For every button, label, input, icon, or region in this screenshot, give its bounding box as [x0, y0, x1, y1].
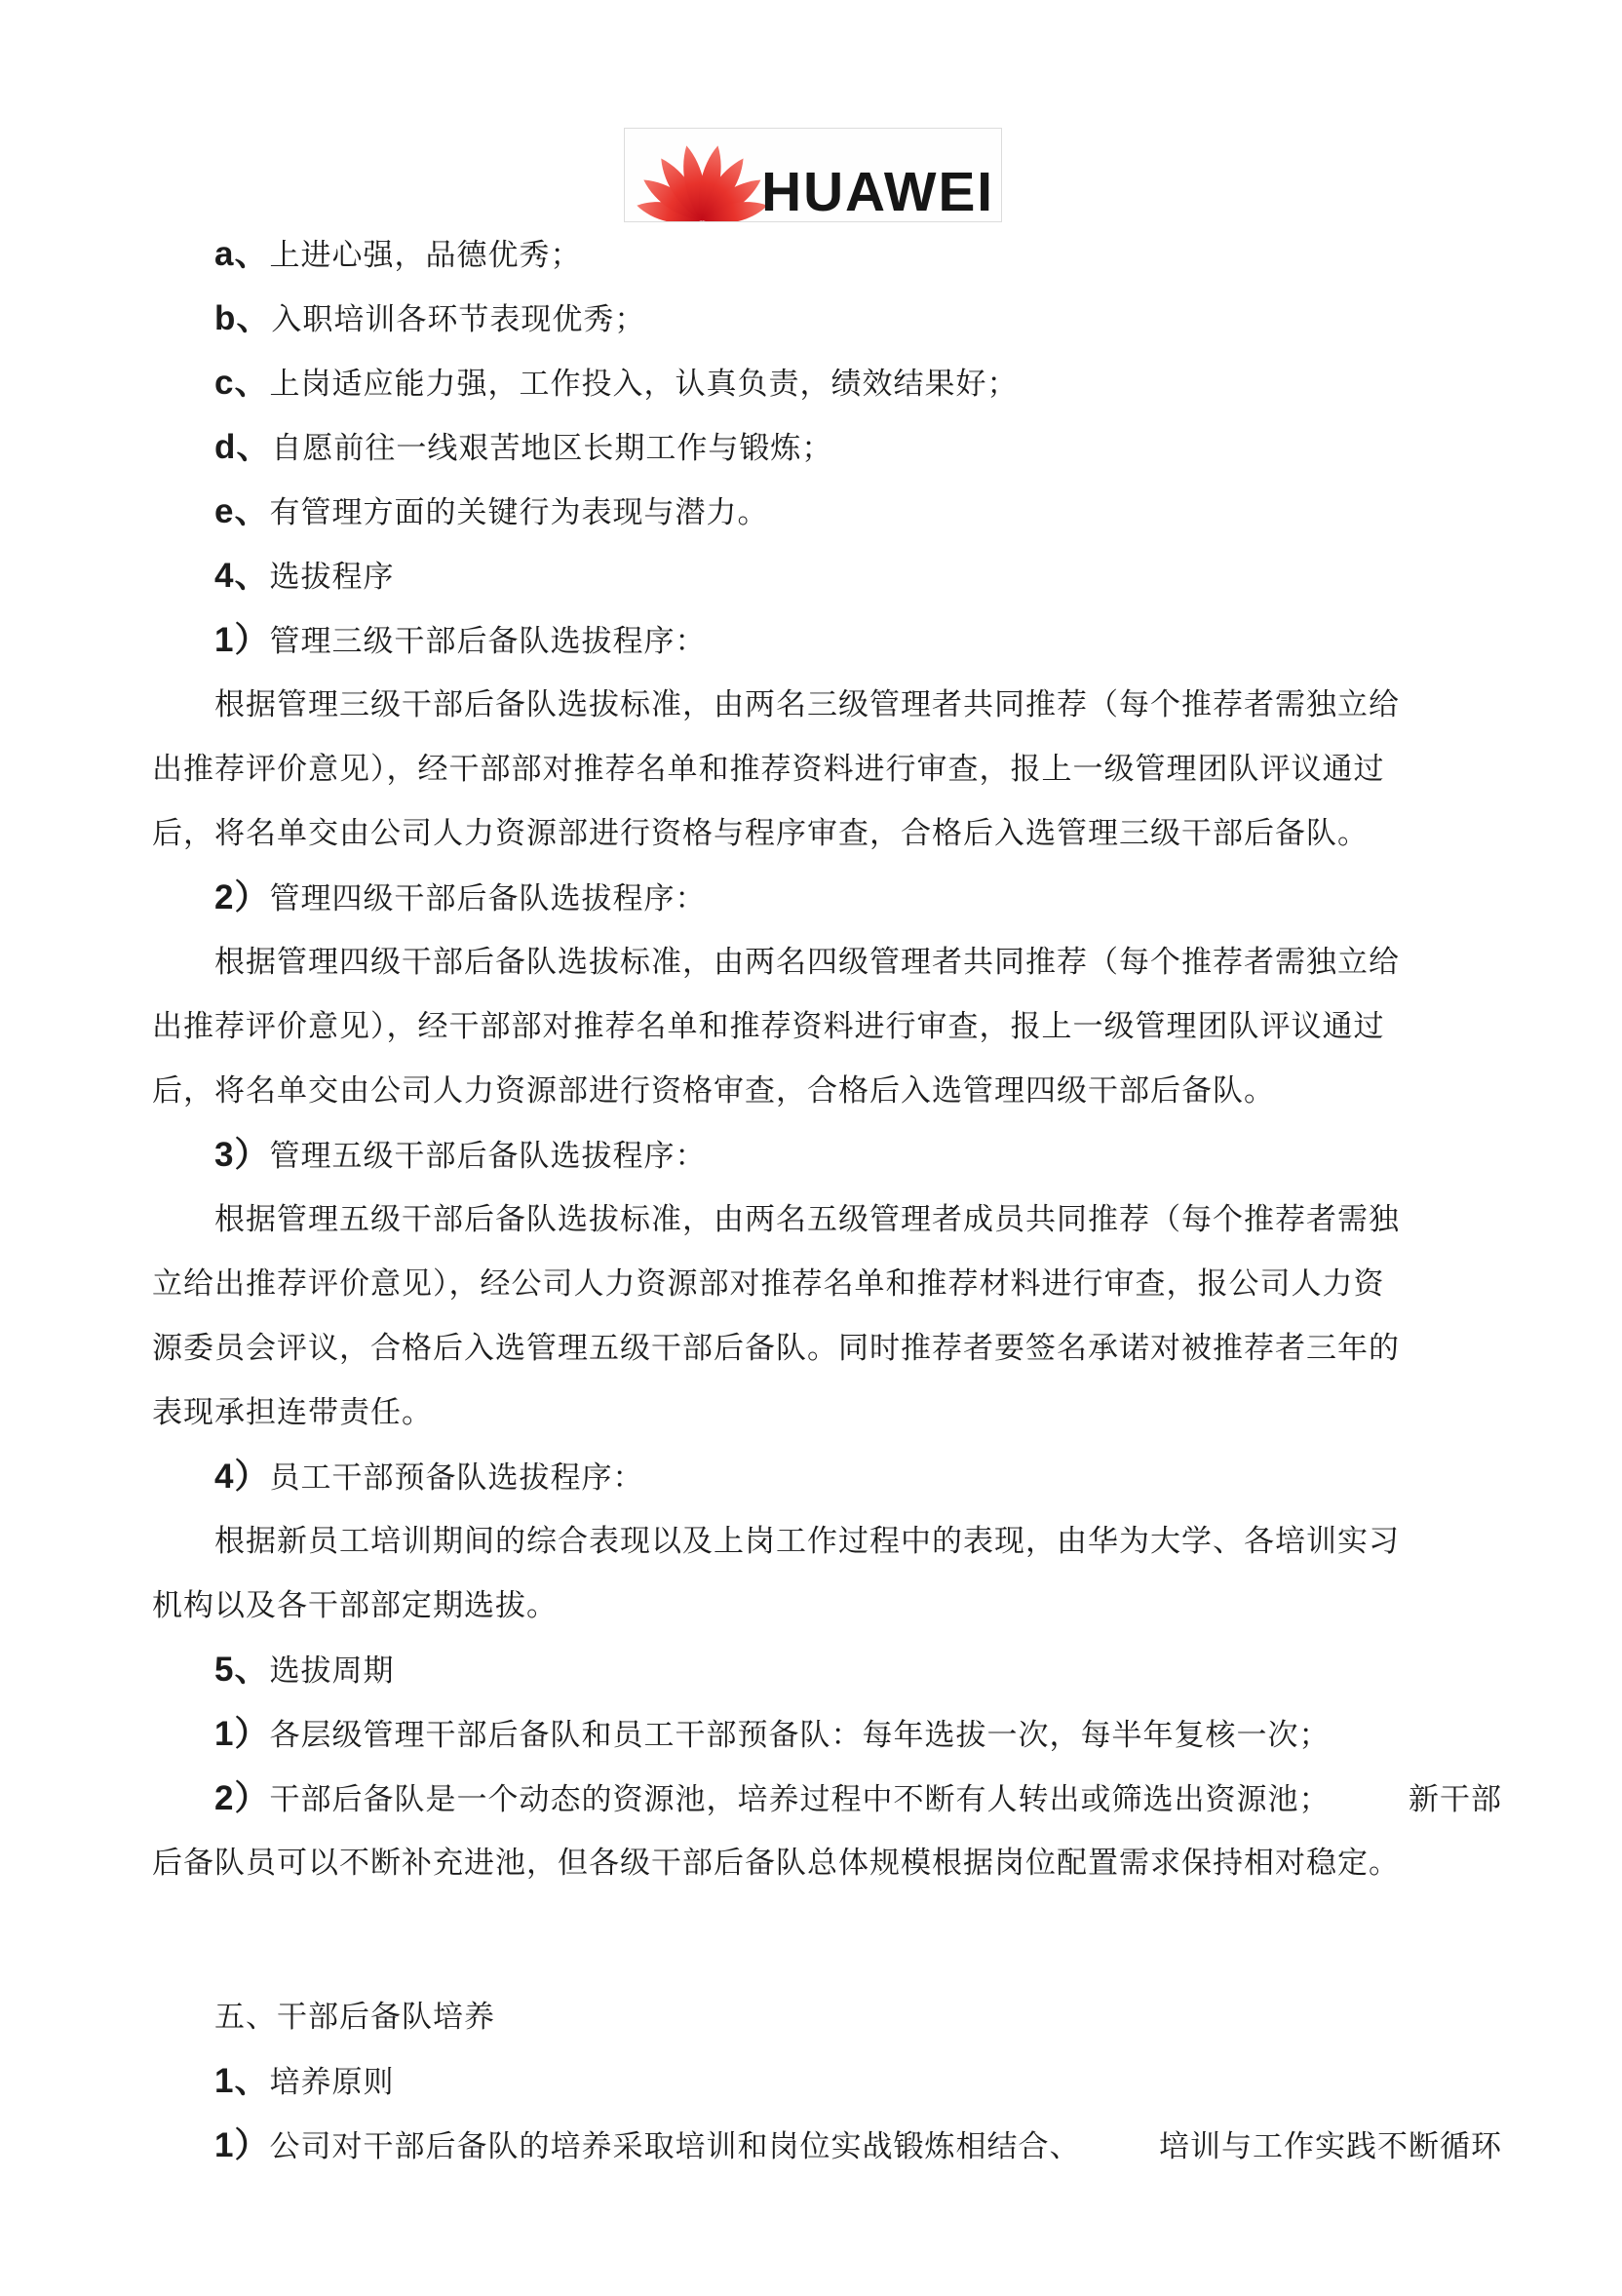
line-text: 上进心强，品德优秀；: [269, 238, 581, 272]
text-line: 2）管理四级干部后备队选拔程序：: [152, 866, 1517, 930]
line-text: 根据管理三级干部后备队选拔标准，由两名三级管理者共同推荐（每个推荐者需独立给: [214, 687, 1400, 721]
line-text: 管理四级干部后备队选拔程序：: [269, 881, 706, 915]
line-text: 后，将名单交由公司人力资源部进行资格与程序审查，合格后入选管理三级干部后备队。: [152, 816, 1369, 850]
text-line: 根据新员工培训期间的综合表现以及上岗工作过程中的表现，由华为大学、各培训实习: [152, 1509, 1517, 1574]
line-marker: 1）: [214, 2126, 269, 2164]
huawei-logo: HUAWEI: [624, 128, 1002, 222]
text-line: 5、选拔周期: [152, 1638, 1517, 1702]
text-line: c、上岗适应能力强，工作投入，认真负责，绩效结果好；: [152, 351, 1517, 415]
line-marker: 2）: [214, 878, 269, 916]
text-line: e、有管理方面的关键行为表现与潜力。: [152, 480, 1517, 544]
text-line: 1）各层级管理干部后备队和员工干部预备队：每年选拔一次，每半年复核一次；: [152, 1702, 1517, 1767]
line-text: 选拔周期: [269, 1654, 394, 1688]
line-text: 后，将名单交由公司人力资源部进行资格审查，合格后入选管理四级干部后备队。: [152, 1073, 1275, 1108]
line-marker: 1）: [214, 1715, 269, 1753]
document-body: a、上进心强，品德优秀；b、入职培训各环节表现优秀；c、上岗适应能力强，工作投入…: [152, 222, 1517, 2178]
line-marker: b、: [214, 299, 271, 337]
line-marker: c、: [214, 364, 269, 402]
line-text: 根据管理五级干部后备队选拔标准，由两名五级管理者成员共同推荐（每个推荐者需独: [214, 1202, 1400, 1236]
huawei-logo-icon: HUAWEI: [625, 129, 1001, 221]
text-line: 4）员工干部预备队选拔程序：: [152, 1445, 1517, 1509]
line-marker: 3）: [214, 1136, 269, 1174]
line-marker: 1、: [214, 2062, 269, 2100]
line-marker: 5、: [214, 1651, 269, 1689]
line-text: 自愿前往一线艰苦地区长期工作与锻炼；: [271, 431, 832, 465]
line-text: 干部后备队是一个动态的资源池，培养过程中不断有人转出或筛选出资源池； 新干部: [269, 1782, 1502, 1816]
text-line: 后，将名单交由公司人力资源部进行资格与程序审查，合格后入选管理三级干部后备队。: [152, 801, 1517, 866]
document-page: HUAWEI a、上进心强，品德优秀；b、入职培训各环节表现优秀；c、上岗适应能…: [0, 0, 1622, 2296]
line-text: 管理三级干部后备队选拔程序：: [269, 624, 706, 658]
text-line: d、自愿前往一线艰苦地区长期工作与锻炼；: [152, 415, 1517, 480]
text-line: 立给出推荐评价意见），经公司人力资源部对推荐名单和推荐材料进行审查，报公司人力资: [152, 1252, 1517, 1316]
line-marker: 4）: [214, 1458, 269, 1496]
line-marker: e、: [214, 492, 269, 530]
huawei-wordmark: HUAWEI: [761, 162, 994, 221]
line-text: 管理五级干部后备队选拔程序：: [269, 1139, 706, 1173]
text-line: b、入职培训各环节表现优秀；: [152, 287, 1517, 351]
line-text: 员工干部预备队选拔程序：: [269, 1460, 643, 1495]
blank-line: [152, 1895, 1517, 1985]
text-line: 4、选拔程序: [152, 544, 1517, 608]
line-text: 根据新员工培训期间的综合表现以及上岗工作过程中的表现，由华为大学、各培训实习: [214, 1524, 1400, 1558]
line-marker: d、: [214, 428, 271, 466]
line-text: 有管理方面的关键行为表现与潜力。: [269, 495, 768, 529]
text-line: 机构以及各干部部定期选拔。: [152, 1574, 1517, 1638]
text-line: 五、干部后备队培养: [152, 1985, 1517, 2049]
line-text: 培养原则: [269, 2065, 394, 2099]
text-line: 1）管理三级干部后备队选拔程序：: [152, 608, 1517, 673]
text-line: 2）干部后备队是一个动态的资源池，培养过程中不断有人转出或筛选出资源池； 新干部: [152, 1767, 1517, 1831]
text-line: 根据管理三级干部后备队选拔标准，由两名三级管理者共同推荐（每个推荐者需独立给: [152, 673, 1517, 737]
text-line: a、上进心强，品德优秀；: [152, 222, 1517, 287]
text-line: 3）管理五级干部后备队选拔程序：: [152, 1123, 1517, 1187]
line-text: 出推荐评价意见），经干部部对推荐名单和推荐资料进行审查，报上一级管理团队评议通过: [152, 1009, 1385, 1043]
text-line: 1）公司对干部后备队的培养采取培训和岗位实战锻炼相结合、 培训与工作实践不断循环: [152, 2114, 1517, 2178]
line-marker: 2）: [214, 1779, 269, 1817]
text-line: 出推荐评价意见），经干部部对推荐名单和推荐资料进行审查，报上一级管理团队评议通过: [152, 737, 1517, 801]
line-text: 出推荐评价意见），经干部部对推荐名单和推荐资料进行审查，报上一级管理团队评议通过: [152, 752, 1385, 786]
line-text: 入职培训各环节表现优秀；: [271, 302, 645, 336]
line-text: 公司对干部后备队的培养采取培训和岗位实战锻炼相结合、 培训与工作实践不断循环: [269, 2129, 1502, 2163]
line-marker: 4、: [214, 557, 269, 595]
text-line: 后备队员可以不断补充进池，但各级干部后备队总体规模根据岗位配置需求保持相对稳定。: [152, 1831, 1517, 1895]
text-line: 源委员会评议，合格后入选管理五级干部后备队。同时推荐者要签名承诺对被推荐者三年的: [152, 1316, 1517, 1381]
line-text: 源委员会评议，合格后入选管理五级干部后备队。同时推荐者要签名承诺对被推荐者三年的: [152, 1331, 1400, 1365]
line-text: 五、干部后备队培养: [214, 2000, 495, 2034]
flower-petals: [635, 143, 769, 221]
line-text: 机构以及各干部部定期选拔。: [152, 1588, 558, 1622]
text-line: 出推荐评价意见），经干部部对推荐名单和推荐资料进行审查，报上一级管理团队评议通过: [152, 994, 1517, 1059]
text-line: 后，将名单交由公司人力资源部进行资格审查，合格后入选管理四级干部后备队。: [152, 1059, 1517, 1123]
line-text: 后备队员可以不断补充进池，但各级干部后备队总体规模根据岗位配置需求保持相对稳定。: [152, 1846, 1400, 1880]
line-text: 选拔程序: [269, 560, 394, 594]
line-text: 表现承担连带责任。: [152, 1395, 433, 1429]
text-line: 根据管理四级干部后备队选拔标准，由两名四级管理者共同推荐（每个推荐者需独立给: [152, 930, 1517, 994]
line-marker: 1）: [214, 621, 269, 659]
text-line: 1、培养原则: [152, 2049, 1517, 2114]
line-text: 各层级管理干部后备队和员工干部预备队：每年选拔一次，每半年复核一次；: [269, 1718, 1330, 1752]
text-line: 表现承担连带责任。: [152, 1381, 1517, 1445]
line-text: 根据管理四级干部后备队选拔标准，由两名四级管理者共同推荐（每个推荐者需独立给: [214, 945, 1400, 979]
text-line: 根据管理五级干部后备队选拔标准，由两名五级管理者成员共同推荐（每个推荐者需独: [152, 1187, 1517, 1252]
line-text: 上岗适应能力强，工作投入，认真负责，绩效结果好；: [269, 367, 1018, 401]
line-text: 立给出推荐评价意见），经公司人力资源部对推荐名单和推荐材料进行审查，报公司人力资: [152, 1266, 1385, 1301]
line-marker: a、: [214, 235, 269, 273]
